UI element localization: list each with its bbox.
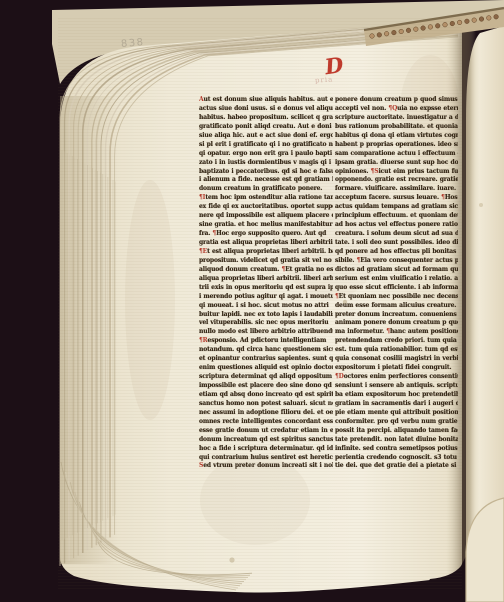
text-line: perientia credendo cognoscit. s3 totu gr…	[335, 454, 458, 463]
rubric-ornament-letter: D	[324, 54, 345, 77]
text-line: opiniones. ¶Sicut eim prius tactum fuit …	[335, 168, 458, 177]
text-line: creatura. i solum deum sicut ad sua dign…	[335, 230, 458, 239]
text-line: accepti vel non. ¶Quia no expsse eternit…	[335, 105, 458, 114]
text-line: quo esse sicut efficiente. i ab informan…	[335, 284, 458, 293]
text-line: possit ita percipi. aliquando tamen faci…	[335, 427, 458, 436]
text-line: aliquod donum creatum. ¶Et gratia no est	[199, 266, 333, 275]
text-line: ex fide qi ex auctoritatibus. oportet su…	[199, 203, 333, 212]
text-line: dictos ad gratiam sicut ad formam quam	[335, 266, 458, 275]
text-line: qi moueat. i si hoc. sicut motus no attr…	[199, 302, 333, 311]
text-line: sine gratia. et hoc melius manifestabitu…	[199, 221, 333, 230]
text-line: conformiter. pro qd verbu num gratie no	[335, 418, 458, 427]
text-line: ¶Et est aliqua proprietas liberi arbitri…	[199, 248, 333, 257]
text-line: habitus qi dona qi etiam virtutes cognos…	[335, 132, 458, 141]
text-line: ¶Responsio. Ad pdictoru intelligentiam	[199, 337, 333, 346]
text-line: sam comparatione actuu i effectuum grati…	[335, 150, 458, 159]
text-line: et opinantur contrarius sapientes. sunt …	[199, 355, 333, 364]
text-line: nullo modo est libero arbitrio attribuen…	[199, 328, 333, 337]
text-line: siue aliqa hic. aut e act siue doni ef. …	[199, 132, 333, 141]
text-line: Aut est donum siue aliquis habitus. aut …	[199, 96, 333, 105]
text-line: bus rationum probabilitate. et quoniam t…	[335, 123, 458, 132]
text-line: i alienum a fide. necesse est qd gratiam…	[199, 176, 333, 185]
pencil-folio-number: 838	[121, 37, 145, 50]
text-line: est. tum quia rationabilior. tum qd est.	[335, 346, 458, 355]
text-line: enim questiones aliquid est opinio docto…	[199, 364, 333, 373]
text-line: notandum. qd circa hanc questionem sicut	[199, 346, 333, 355]
text-line: donum increatum qd est spiritus sanctus.…	[199, 436, 333, 445]
text-line: gratiam in sacramentis dari i augeri dic…	[335, 400, 458, 409]
text-line: acceptum facere. sursus leuare. ¶Hos erg…	[335, 194, 458, 203]
text-line: deum esse formam alicuius creature. ideo	[335, 302, 458, 311]
text-line: infinite. sed contra semetipsos potius e…	[335, 445, 458, 454]
text-line: ¶Et quoniam nec possibile nec decens est	[335, 293, 458, 302]
text-line: trii exis in opus meritoriu qd est supra…	[199, 284, 333, 293]
text-line: aliqua proprietas liberi arbitrii. liber…	[199, 275, 333, 284]
text-line: serium est enim viuificatio i relatio. a…	[335, 275, 458, 284]
text-line: gratia est aliqua proprietas liberi arbi…	[199, 239, 333, 248]
text-line: nec assumi in adoptione filioru dei. et …	[199, 409, 333, 418]
text-line: sensiunt i sensere ab antiquis. scriptur…	[335, 382, 458, 391]
text-line: animam ponere donum creatum p quod a	[335, 319, 458, 328]
text-line: qi opatur. ergo non erit gra i paulo bap…	[199, 150, 333, 159]
text-column-right: ponere donum creatum p quod simus deoacc…	[335, 96, 458, 471]
text-line: scripture auctoritate. inuestigatur a do…	[335, 114, 458, 123]
text-line: impossibile est placere deo sine dono qd	[199, 382, 333, 391]
text-line: etiam qd absq dono increato qd est spiri…	[199, 391, 333, 400]
text-line: zato i in iustis dormientibus v magis qi…	[199, 159, 333, 168]
text-line: opponendo. gratie est recreare. gratie e…	[335, 176, 458, 185]
text-line: pie etiam mente qui attribuit positioni	[335, 409, 458, 418]
text-line: qui contrarium huius sentiret est hereti…	[199, 454, 333, 463]
text-line: ¶Doctores enim perfectiores consentiut	[335, 373, 458, 382]
text-line: preter donum increatum. conueniens est	[335, 311, 458, 320]
text-line: tate. i soli deo sunt possibiles. ideo d…	[335, 239, 458, 248]
text-line: pretendendam credo priori. tum quia pior	[335, 337, 458, 346]
text-line: principium effectuum. et quoniam deu sic…	[335, 212, 458, 221]
text-line: si pl erit i gratificato qi i no gratifi…	[199, 141, 333, 150]
text-line: formare. viuificare. assimilare. iuare. …	[335, 185, 458, 194]
rubric-ghost-note: pria	[315, 75, 334, 84]
text-line: esse gratie donum ut credatur etiam in e…	[199, 427, 333, 436]
text-line: baptizato i peccatoribus. qd si hoc e fa…	[199, 168, 333, 177]
text-line: ponere donum creatum p quod simus deo	[335, 96, 458, 105]
text-line: habitus. habeo propositum. scilicet q gr…	[199, 114, 333, 123]
text-line: hoc a fide i scriptura determinatur. qd …	[199, 445, 333, 454]
text-line: propositum. videlicet qd gratia sit vel …	[199, 257, 333, 266]
text-line: donum creatum in gratificato ponere.	[199, 185, 333, 194]
text-line: gratificato ponit aliqd creatu. Aut e do…	[199, 123, 333, 132]
text-line: scriptura determinat qd aliqd oppositum …	[199, 373, 333, 382]
text-line: qd ponere ad hos effectus pli bonitas es…	[335, 248, 458, 257]
text-line: nere qd impossibile est aliquem placere …	[199, 212, 333, 221]
text-line: fra. ¶Hoc ergo supposito quero. Aut qd	[199, 230, 333, 239]
text-line: expositorum i pietati fidei congruit.	[335, 364, 458, 373]
book-photo: 838 D pria Aut est donum siue aliquis ha…	[0, 0, 504, 602]
text-line: omnes recte intelligentes concordant ess…	[199, 418, 333, 427]
text-line: vel vituperabilis. sic nec opus meritori…	[199, 319, 333, 328]
text-line: tie dei. que det gratie dei a pietate si…	[335, 462, 458, 471]
text-line: sanctus homo non potest saluari. sicut n…	[199, 400, 333, 409]
text-line: ad hos actus vel effectus ponere rationi…	[335, 221, 458, 230]
text-line: buitur lapidi. nec ex toto lapis i lauda…	[199, 311, 333, 320]
text-line: ba etiam expositorum hoc pretendetibus	[335, 391, 458, 400]
text-line: ipsam gratia. diuerse sunt sup hoc docto…	[335, 159, 458, 168]
text-line: quia consonat cosilii magistri in verbis…	[335, 355, 458, 364]
text-line: sibile. ¶Eia vero consequenter actus pre	[335, 257, 458, 266]
text-line: Sed vtrum preter donum increati sit i no…	[199, 462, 333, 471]
text-line: i merendo potius agitur qi agat. i mouet…	[199, 293, 333, 302]
text-line: ma informetur. ¶hanc autem positionem	[335, 328, 458, 337]
text-line: actus siue doni usus. si e donus vel ali…	[199, 105, 333, 114]
text-line: habent p proprias operationes. ideo sm d…	[335, 141, 458, 150]
text-line: tate pretendit. non latet diuine bonitat…	[335, 436, 458, 445]
text-line: actus quidam tempans ad gratiam sicut ad	[335, 203, 458, 212]
text-column-left: Aut est donum siue aliquis habitus. aut …	[199, 96, 333, 471]
text-line: ¶Item hoc ipm ostenditur alia ratione ta…	[199, 194, 333, 203]
